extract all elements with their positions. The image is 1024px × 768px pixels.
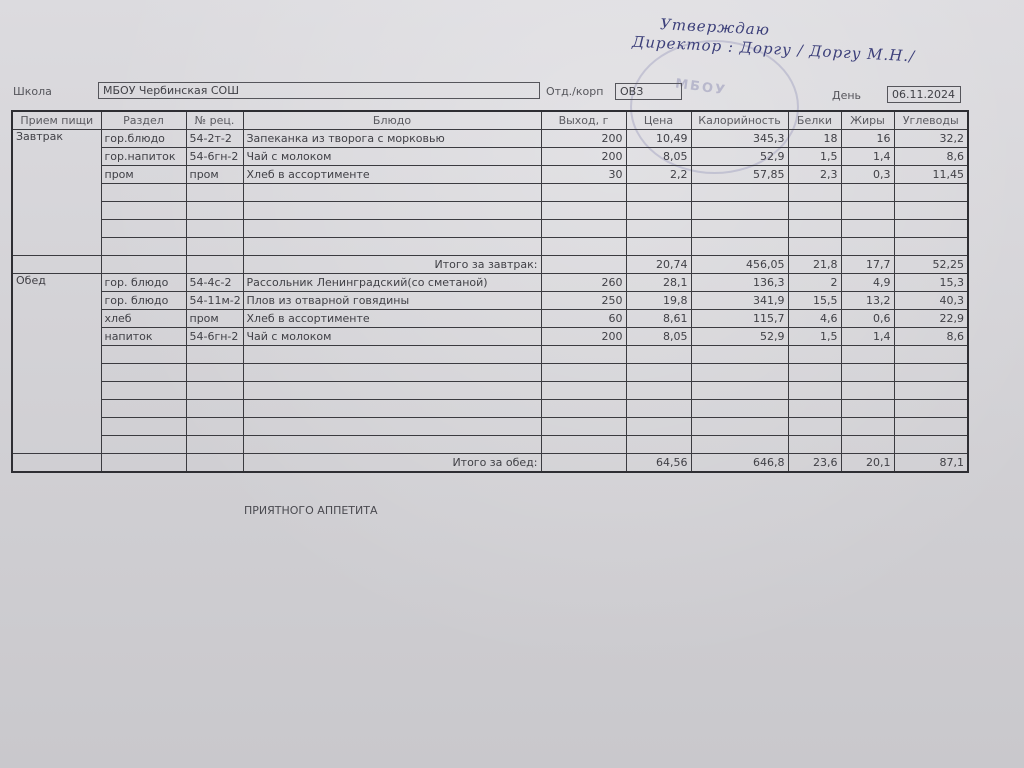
empty-cell [894, 364, 968, 382]
column-header: Выход, г [541, 111, 626, 130]
cell-price: 8,05 [626, 148, 691, 166]
empty-cell [788, 418, 841, 436]
empty-cell [186, 400, 243, 418]
empty-row [12, 184, 968, 202]
empty-cell [243, 220, 541, 238]
total-row: Итого за обед:64,56646,823,620,187,1 [12, 454, 968, 473]
cell-section: гор.блюдо [101, 130, 186, 148]
empty-cell [186, 238, 243, 256]
empty-cell [691, 436, 788, 454]
empty-cell [186, 184, 243, 202]
empty-cell [101, 418, 186, 436]
empty-cell [841, 202, 894, 220]
cell-fat: 1,4 [841, 148, 894, 166]
empty-cell [626, 436, 691, 454]
empty-cell [626, 202, 691, 220]
empty-cell [541, 418, 626, 436]
empty-cell [243, 346, 541, 364]
cell-carbs: 8,6 [894, 328, 968, 346]
cell-section: гор. блюдо [101, 274, 186, 292]
total-empty-cell [12, 454, 101, 473]
cell-yield: 30 [541, 166, 626, 184]
empty-cell [101, 238, 186, 256]
total-price: 64,56 [626, 454, 691, 473]
empty-cell [101, 346, 186, 364]
empty-cell [788, 238, 841, 256]
empty-cell [894, 400, 968, 418]
empty-row [12, 400, 968, 418]
empty-cell [243, 418, 541, 436]
cell-recipe: 54-6гн-2 [186, 148, 243, 166]
empty-cell [788, 400, 841, 418]
empty-cell [541, 400, 626, 418]
meal-name: Завтрак [12, 130, 101, 256]
empty-cell [626, 418, 691, 436]
empty-row [12, 220, 968, 238]
cell-dish: Хлеб в ассортименте [243, 310, 541, 328]
header-row: Прием пищиРаздел№ рец.БлюдоВыход, гЦенаК… [12, 111, 968, 130]
empty-cell [186, 436, 243, 454]
total-row: Итого за завтрак:20,74456,0521,817,752,2… [12, 256, 968, 274]
total-empty-cell [541, 256, 626, 274]
day-label: День [832, 89, 861, 102]
empty-cell [101, 184, 186, 202]
cell-section: гор.напиток [101, 148, 186, 166]
empty-cell [186, 418, 243, 436]
cell-protein: 1,5 [788, 328, 841, 346]
empty-cell [186, 382, 243, 400]
empty-cell [841, 220, 894, 238]
total-empty-cell [101, 454, 186, 473]
total-empty-cell [541, 454, 626, 473]
empty-cell [243, 382, 541, 400]
empty-cell [186, 364, 243, 382]
cell-section: гор. блюдо [101, 292, 186, 310]
column-header: Углеводы [894, 111, 968, 130]
empty-cell [691, 238, 788, 256]
empty-cell [626, 382, 691, 400]
total-kcal: 646,8 [691, 454, 788, 473]
empty-cell [541, 202, 626, 220]
empty-cell [101, 400, 186, 418]
cell-yield: 200 [541, 328, 626, 346]
empty-cell [841, 238, 894, 256]
total-fat: 20,1 [841, 454, 894, 473]
empty-cell [541, 364, 626, 382]
empty-cell [788, 346, 841, 364]
empty-cell [894, 436, 968, 454]
empty-cell [841, 436, 894, 454]
empty-cell [541, 184, 626, 202]
empty-cell [243, 400, 541, 418]
cell-section: пром [101, 166, 186, 184]
table-row: гор.напиток54-6гн-2Чай с молоком2008,055… [12, 148, 968, 166]
cell-dish: Плов из отварной говядины [243, 292, 541, 310]
empty-cell [626, 238, 691, 256]
empty-cell [101, 364, 186, 382]
empty-cell [788, 382, 841, 400]
cell-recipe: 54-6гн-2 [186, 328, 243, 346]
cell-dish: Запеканка из творога с морковью [243, 130, 541, 148]
table-row: хлебпромХлеб в ассортименте608,61115,74,… [12, 310, 968, 328]
cell-dish: Чай с молоком [243, 328, 541, 346]
empty-cell [626, 220, 691, 238]
cell-fat: 1,4 [841, 328, 894, 346]
cell-section: хлеб [101, 310, 186, 328]
empty-row [12, 346, 968, 364]
cell-kcal: 341,9 [691, 292, 788, 310]
day-field: 06.11.2024 [887, 86, 961, 103]
cell-carbs: 11,45 [894, 166, 968, 184]
cell-carbs: 40,3 [894, 292, 968, 310]
cell-protein: 4,6 [788, 310, 841, 328]
school-field: МБОУ Чербинская СОШ [98, 82, 540, 99]
column-header: Жиры [841, 111, 894, 130]
empty-row [12, 202, 968, 220]
cell-price: 2,2 [626, 166, 691, 184]
cell-dish: Хлеб в ассортименте [243, 166, 541, 184]
empty-cell [691, 220, 788, 238]
cell-recipe: 54-11м-2 [186, 292, 243, 310]
empty-cell [788, 436, 841, 454]
empty-cell [243, 364, 541, 382]
empty-cell [788, 184, 841, 202]
cell-carbs: 15,3 [894, 274, 968, 292]
empty-cell [186, 346, 243, 364]
empty-cell [243, 184, 541, 202]
cell-price: 10,49 [626, 130, 691, 148]
total-carbs: 52,25 [894, 256, 968, 274]
empty-cell [894, 184, 968, 202]
cell-price: 8,05 [626, 328, 691, 346]
empty-cell [691, 346, 788, 364]
school-label: Школа [13, 85, 52, 98]
cell-recipe: 54-4с-2 [186, 274, 243, 292]
empty-cell [626, 400, 691, 418]
stamp-text: МБОУ [674, 76, 728, 98]
empty-cell [691, 400, 788, 418]
empty-cell [894, 238, 968, 256]
empty-cell [541, 382, 626, 400]
empty-cell [841, 418, 894, 436]
empty-cell [841, 382, 894, 400]
cell-carbs: 32,2 [894, 130, 968, 148]
cell-price: 8,61 [626, 310, 691, 328]
cell-yield: 260 [541, 274, 626, 292]
empty-cell [101, 436, 186, 454]
total-empty-cell [12, 256, 101, 274]
empty-cell [541, 220, 626, 238]
table-body: Завтракгор.блюдо54-2т-2Запеканка из твор… [12, 130, 968, 473]
empty-row [12, 238, 968, 256]
empty-cell [894, 418, 968, 436]
column-header: Блюдо [243, 111, 541, 130]
cell-fat: 0,3 [841, 166, 894, 184]
cell-kcal: 57,85 [691, 166, 788, 184]
empty-cell [894, 346, 968, 364]
cell-recipe: пром [186, 310, 243, 328]
total-label: Итого за завтрак: [243, 256, 541, 274]
column-header: Раздел [101, 111, 186, 130]
empty-cell [243, 238, 541, 256]
cell-protein: 2 [788, 274, 841, 292]
table-row: промпромХлеб в ассортименте302,257,852,3… [12, 166, 968, 184]
empty-cell [101, 202, 186, 220]
column-header: Калорийность [691, 111, 788, 130]
empty-cell [186, 202, 243, 220]
dept-field: ОВЗ [615, 83, 682, 100]
empty-cell [691, 202, 788, 220]
cell-kcal: 345,3 [691, 130, 788, 148]
empty-cell [626, 364, 691, 382]
cell-recipe: 54-2т-2 [186, 130, 243, 148]
empty-cell [691, 418, 788, 436]
cell-kcal: 115,7 [691, 310, 788, 328]
empty-cell [541, 436, 626, 454]
cell-protein: 15,5 [788, 292, 841, 310]
meal-name: Обед [12, 274, 101, 454]
table-row: Обедгор. блюдо54-4с-2Рассольник Ленингра… [12, 274, 968, 292]
empty-cell [788, 220, 841, 238]
column-header: Белки [788, 111, 841, 130]
empty-cell [101, 220, 186, 238]
empty-cell [894, 202, 968, 220]
cell-yield: 200 [541, 148, 626, 166]
table-row: гор. блюдо54-11м-2Плов из отварной говяд… [12, 292, 968, 310]
cell-fat: 16 [841, 130, 894, 148]
cell-protein: 1,5 [788, 148, 841, 166]
dept-label: Отд./корп [546, 85, 603, 98]
empty-cell [186, 220, 243, 238]
cell-fat: 4,9 [841, 274, 894, 292]
cell-price: 19,8 [626, 292, 691, 310]
cell-kcal: 52,9 [691, 328, 788, 346]
total-price: 20,74 [626, 256, 691, 274]
empty-cell [788, 364, 841, 382]
cell-recipe: пром [186, 166, 243, 184]
empty-cell [841, 400, 894, 418]
empty-cell [626, 346, 691, 364]
footer-note: ПРИЯТНОГО АППЕТИТА [244, 504, 378, 517]
approval-line-2: Директор : Доргу / Доргу М.Н./ [632, 33, 916, 66]
cell-yield: 250 [541, 292, 626, 310]
empty-cell [841, 184, 894, 202]
empty-cell [691, 364, 788, 382]
empty-cell [541, 238, 626, 256]
empty-cell [841, 364, 894, 382]
total-empty-cell [186, 454, 243, 473]
empty-cell [788, 202, 841, 220]
empty-cell [841, 346, 894, 364]
menu-table: Прием пищиРаздел№ рец.БлюдоВыход, гЦенаК… [11, 110, 969, 473]
cell-dish: Чай с молоком [243, 148, 541, 166]
empty-cell [243, 436, 541, 454]
table-row: напиток54-6гн-2Чай с молоком2008,0552,91… [12, 328, 968, 346]
empty-cell [894, 220, 968, 238]
cell-protein: 18 [788, 130, 841, 148]
total-empty-cell [101, 256, 186, 274]
empty-row [12, 436, 968, 454]
empty-cell [626, 184, 691, 202]
empty-row [12, 364, 968, 382]
empty-row [12, 382, 968, 400]
cell-kcal: 136,3 [691, 274, 788, 292]
total-empty-cell [186, 256, 243, 274]
cell-section: напиток [101, 328, 186, 346]
empty-cell [101, 382, 186, 400]
empty-cell [541, 346, 626, 364]
column-header: Цена [626, 111, 691, 130]
empty-cell [243, 202, 541, 220]
cell-dish: Рассольник Ленинградский(со сметаной) [243, 274, 541, 292]
cell-fat: 13,2 [841, 292, 894, 310]
total-kcal: 456,05 [691, 256, 788, 274]
empty-cell [894, 382, 968, 400]
empty-cell [691, 382, 788, 400]
cell-fat: 0,6 [841, 310, 894, 328]
column-header: Прием пищи [12, 111, 101, 130]
total-label: Итого за обед: [243, 454, 541, 473]
column-header: № рец. [186, 111, 243, 130]
total-protein: 23,6 [788, 454, 841, 473]
cell-carbs: 8,6 [894, 148, 968, 166]
cell-yield: 60 [541, 310, 626, 328]
empty-row [12, 418, 968, 436]
cell-carbs: 22,9 [894, 310, 968, 328]
empty-cell [691, 184, 788, 202]
total-protein: 21,8 [788, 256, 841, 274]
total-fat: 17,7 [841, 256, 894, 274]
total-carbs: 87,1 [894, 454, 968, 473]
table-row: Завтракгор.блюдо54-2т-2Запеканка из твор… [12, 130, 968, 148]
cell-yield: 200 [541, 130, 626, 148]
cell-price: 28,1 [626, 274, 691, 292]
cell-kcal: 52,9 [691, 148, 788, 166]
cell-protein: 2,3 [788, 166, 841, 184]
